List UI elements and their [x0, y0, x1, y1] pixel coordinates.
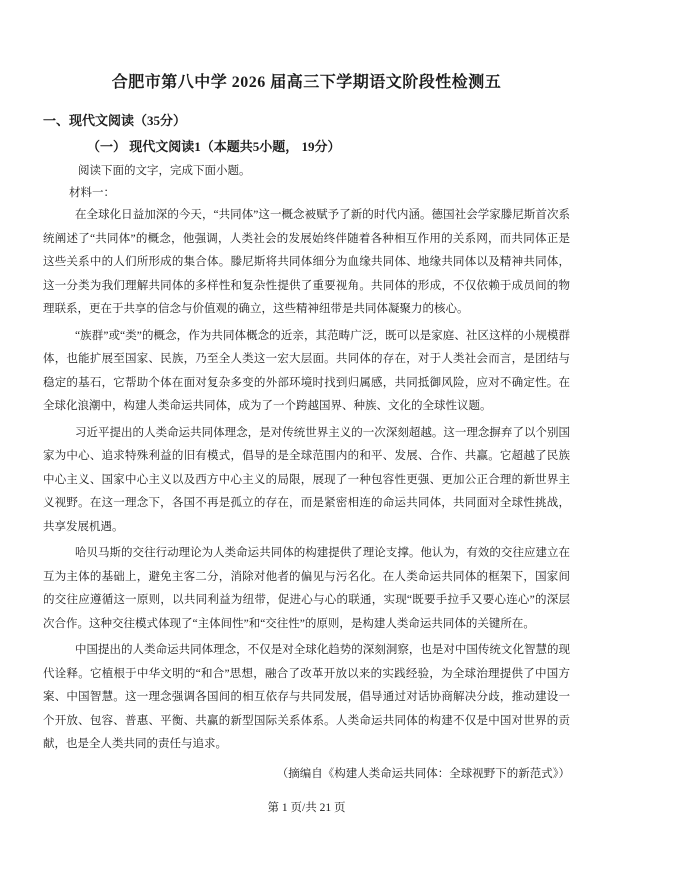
page-number: 第 1 页/共 21 页	[43, 801, 570, 815]
reading-instruction: 阅读下面的文字，完成下面小题。	[43, 160, 570, 182]
paragraph-2: “族群”或“类”的概念，作为共同体概念的近亲，其范畴广泛，既可以是家庭、社区这样…	[43, 325, 570, 419]
source-attribution: （摘编自《构建人类命运共同体：全球视野下的新范式》）	[43, 763, 570, 787]
paragraph-1: 在全球化日益加深的今天，“共同体”这一概念被赋予了新的时代内涵。德国社会学家滕尼…	[43, 204, 570, 322]
paragraph-5: 中国提出的人类命运共同体理念，不仅是对全球化趋势的深刻洞察，也是对中国传统文化智…	[43, 639, 570, 757]
paragraph-4: 哈贝马斯的交往行动理论为人类命运共同体的构建提供了理论支撑。他认为，有效的交往应…	[43, 542, 570, 636]
section-heading-modern-reading: 一、现代文阅读（35分）	[43, 108, 570, 134]
document-title: 合肥市第八中学 2026 届高三下学期语文阶段性检测五	[43, 72, 570, 94]
material-one-label: 材料一：	[43, 182, 570, 204]
paragraph-3: 习近平提出的人类命运共同体理念，是对传统世界主义的一次深刻超越。这一理念摒弃了以…	[43, 422, 570, 540]
subsection-heading-reading-1: （一） 现代文阅读1（本题共5小题， 19分）	[43, 134, 570, 160]
document-page: 合肥市第八中学 2026 届高三下学期语文阶段性检测五 一、现代文阅读（35分）…	[0, 0, 700, 878]
